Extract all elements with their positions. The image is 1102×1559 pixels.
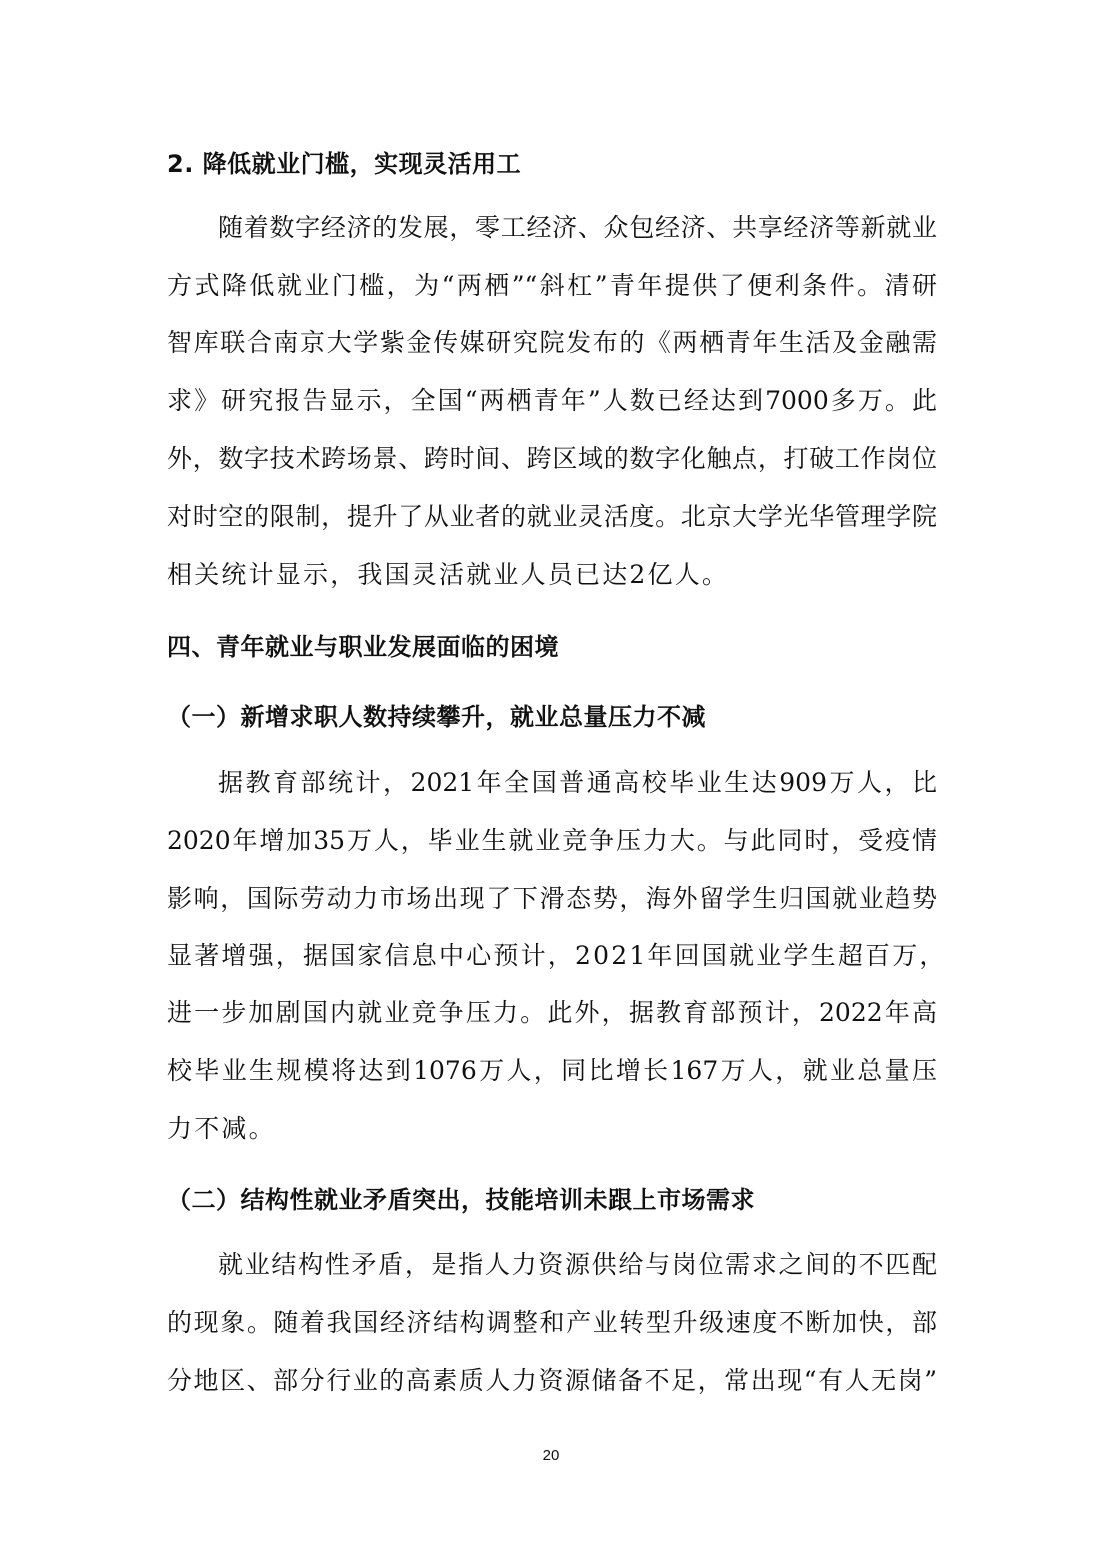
paragraph-line: 据教育部统计，2021年全国普通高校毕业生达909万人，比	[218, 768, 937, 798]
paragraph-line: 相关统计显示，我国灵活就业人员已达2亿人。	[167, 560, 937, 590]
paragraph-line: 显著增强，据国家信息中心预计，2021年回国就业学生超百万，	[167, 941, 937, 971]
paragraph-line: 就业结构性矛盾，是指人力资源供给与岗位需求之间的不匹配	[218, 1250, 937, 1280]
paragraph-line: 影响，国际劳动力市场出现了下滑态势，海外留学生归国就业趋势	[167, 884, 937, 914]
paragraph-line: 校毕业生规模将达到1076万人，同比增长167万人，就业总量压	[167, 1056, 937, 1086]
paragraph-line: 对时空的限制，提升了从业者的就业灵活度。北京大学光华管理学院	[167, 502, 937, 532]
paragraph-line: 求》研究报告显示，全国“两栖青年”人数已经达到7000多万。此	[167, 386, 937, 416]
page-number: 20	[0, 1447, 1102, 1464]
paragraph-line: 分地区、部分行业的高素质人力资源储备不足，常出现“有人无岗”	[167, 1366, 937, 1396]
paragraph-line: 智库联合南京大学紫金传媒研究院发布的《两栖青年生活及金融需	[167, 328, 937, 358]
paragraph-line: 外，数字技术跨场景、跨时间、跨区域的数字化触点，打破工作岗位	[167, 444, 937, 474]
subsection-heading-structural-contradiction: （二）结构性就业矛盾突出，技能培训未跟上市场需求	[167, 1185, 937, 1215]
paragraph-line: 2020年增加35万人，毕业生就业竞争压力大。与此同时，受疫情	[167, 826, 937, 856]
document-page: 2. 降低就业门槛，实现灵活用工 随着数字经济的发展，零工经济、众包经济、共享经…	[0, 0, 1102, 1559]
subsection-heading-lower-threshold: 2. 降低就业门槛，实现灵活用工	[167, 149, 937, 179]
subsection-heading-job-seekers-rising: （一）新增求职人数持续攀升，就业总量压力不减	[167, 702, 937, 732]
paragraph-line: 力不减。	[167, 1114, 937, 1144]
paragraph-line: 方式降低就业门槛，为“两栖”“斜杠”青年提供了便利条件。清研	[167, 271, 937, 301]
paragraph-line: 随着数字经济的发展，零工经济、众包经济、共享经济等新就业	[218, 213, 937, 243]
paragraph-line: 进一步加剧国内就业竞争压力。此外，据教育部预计，2022年高	[167, 998, 937, 1028]
paragraph-line: 的现象。随着我国经济结构调整和产业转型升级速度不断加快，部	[167, 1308, 937, 1338]
section-heading-youth-employment-difficulties: 四、青年就业与职业发展面临的困境	[167, 632, 937, 662]
